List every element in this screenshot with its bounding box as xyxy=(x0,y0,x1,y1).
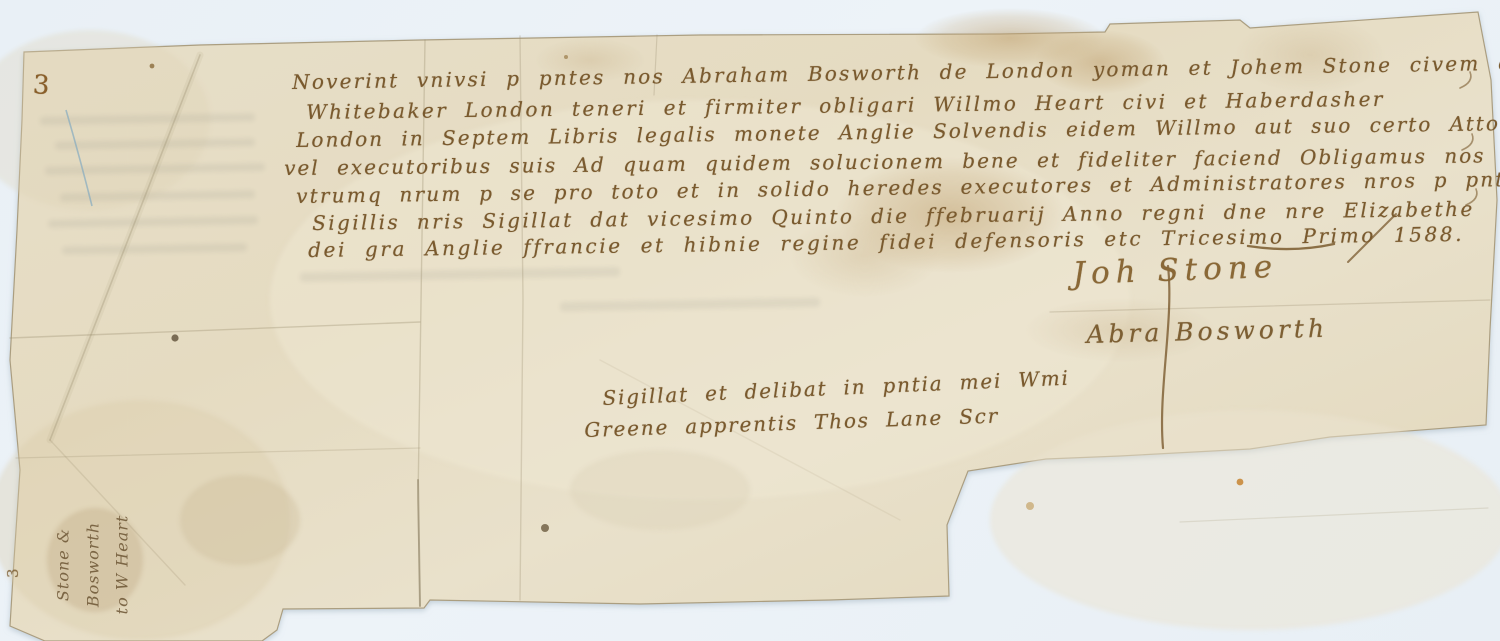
side-archival-number: 3 xyxy=(4,568,22,578)
endorsement-line-3: to W Heart xyxy=(108,490,138,640)
signature-joh-stone: Joh Stone xyxy=(1072,249,1279,292)
endorsement-line-1: Stone & xyxy=(49,490,79,640)
photograph-background: 3 Noverint vnivsi p pntes nos Abraham Bo… xyxy=(0,0,1500,641)
archival-number: 3 xyxy=(32,70,51,101)
endorsement: Stone & Bosworth to W Heart xyxy=(21,490,166,640)
endorsement-line-2: Bosworth xyxy=(78,490,108,640)
